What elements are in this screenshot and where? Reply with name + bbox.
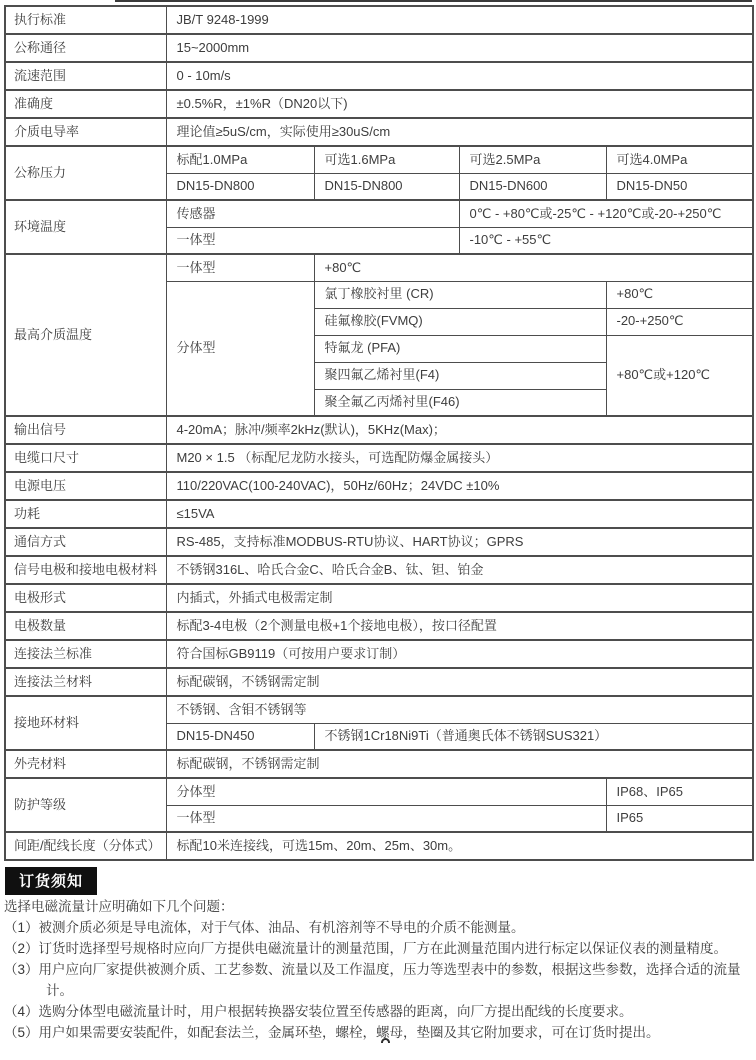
maxtemp-split-label: 分体型: [166, 281, 314, 416]
row-label-accuracy: 准确度: [5, 90, 166, 118]
row-label-ground-ring: 接地环材料: [5, 696, 166, 750]
row-value-conductivity: 理论值≥5uS/cm，实际使用≥30uS/cm: [166, 118, 753, 146]
row-label-flange-std: 连接法兰标准: [5, 640, 166, 668]
protection-integrated-label: 一体型: [166, 805, 606, 832]
pressure-option-4: 可选4.0MPa: [606, 146, 753, 173]
lining-f46: 聚全氟乙丙烯衬里(F46): [314, 389, 606, 416]
row-label-cable: 电缆口尺寸: [5, 444, 166, 472]
row-label-electrode-count: 电极数量: [5, 612, 166, 640]
pressure-range-3: DN15-DN600: [459, 173, 606, 200]
ground-ring-range: DN15-DN450: [166, 723, 314, 750]
table-row: 电极形式 内插式，外插式电极需定制: [5, 584, 753, 612]
row-value-standard: JB/T 9248-1999: [166, 6, 753, 34]
row-label-protection: 防护等级: [5, 778, 166, 832]
protection-integrated-value: IP65: [606, 805, 753, 832]
row-label-power: 电源电压: [5, 472, 166, 500]
table-row: 电缆口尺寸 M20 × 1.5 （标配尼龙防水接头，可选配防爆金属接头）: [5, 444, 753, 472]
table-row: 执行标准 JB/T 9248-1999: [5, 6, 753, 34]
table-row: 信号电极和接地电极材料 不锈钢316L、哈氏合金C、哈氏合金B、钛、钽、铂金: [5, 556, 753, 584]
row-label-electrode-material: 信号电极和接地电极材料: [5, 556, 166, 584]
pressure-option-2: 可选1.6MPa: [314, 146, 459, 173]
maxtemp-integrated-label: 一体型: [166, 254, 314, 281]
spec-sheet-page: 执行标准 JB/T 9248-1999 公称通径 15~2000mm 流速范围 …: [0, 0, 756, 1060]
lining-cr-temp: +80℃: [606, 281, 753, 308]
order-notice-item-2: （2）订货时选择型号规格时应向厂方提供电磁流量计的测量范围，厂方在此测量范围内进…: [4, 938, 754, 959]
ambient-integrated-label: 一体型: [166, 227, 459, 254]
row-label-housing: 外壳材料: [5, 750, 166, 778]
row-value-flange-std: 符合国标GB9119（可按用户要求订制）: [166, 640, 753, 668]
row-value-consumption: ≤15VA: [166, 500, 753, 528]
top-edge-line: [115, 0, 752, 2]
order-notice-item-4: （4）选购分体型电磁流量计时，用户根据转换器安装位置至传感器的距离，向厂方提出配…: [4, 1001, 754, 1022]
table-row: 间距/配线长度（分体式） 标配10米连接线，可选15m、20m、25m、30m。: [5, 832, 753, 860]
row-label-pressure: 公称压力: [5, 146, 166, 200]
table-row: 连接法兰标准 符合国标GB9119（可按用户要求订制）: [5, 640, 753, 668]
order-notice-item-3: （3）用户应向厂家提供被测介质、工艺参数、流量以及工作温度，压力等选型表中的参数…: [4, 959, 754, 1001]
row-value-power: 110/220VAC(100-240VAC)，50Hz/60Hz；24VDC ±…: [166, 472, 753, 500]
lining-ptfe-temp: +80℃或+120℃: [606, 335, 753, 416]
ambient-sensor-value: 0℃ - +80℃或-25℃ - +120℃或-20-+250℃: [459, 200, 753, 227]
table-row: 外壳材料 标配碳钢，不锈钢需定制: [5, 750, 753, 778]
ambient-integrated-value: -10℃ - +55℃: [459, 227, 753, 254]
row-value-spacing: 标配10米连接线，可选15m、20m、25m、30m。: [166, 832, 753, 860]
order-notice-item-5: （5）用户如果需要安装配件，如配套法兰，金属环垫，螺栓，螺母，垫圈及其它附加要求…: [4, 1022, 754, 1043]
table-row: 通信方式 RS-485，支持标准MODBUS-RTU协议、HART协议；GPRS: [5, 528, 753, 556]
order-notice-badge: 订货须知: [5, 867, 97, 895]
row-value-output: 4-20mA；脉冲/频率2kHz(默认)，5KHz(Max)；: [166, 416, 753, 444]
table-row: 连接法兰材料 标配碳钢，不锈钢需定制: [5, 668, 753, 696]
row-label-output: 输出信号: [5, 416, 166, 444]
lining-f4: 聚四氟乙烯衬里(F4): [314, 362, 606, 389]
row-label-standard: 执行标准: [5, 6, 166, 34]
row-value-diameter: 15~2000mm: [166, 34, 753, 62]
row-label-maxtemp: 最高介质温度: [5, 254, 166, 416]
pressure-range-1: DN15-DN800: [166, 173, 314, 200]
table-row: 流速范围 0 - 10m/s: [5, 62, 753, 90]
row-label-flange-mat: 连接法兰材料: [5, 668, 166, 696]
row-value-electrode-material: 不锈钢316L、哈氏合金C、哈氏合金B、钛、钽、铂金: [166, 556, 753, 584]
row-value-flange-mat: 标配碳钢，不锈钢需定制: [166, 668, 753, 696]
row-value-comm: RS-485，支持标准MODBUS-RTU协议、HART协议；GPRS: [166, 528, 753, 556]
row-value-housing: 标配碳钢，不锈钢需定制: [166, 750, 753, 778]
table-row: 电源电压 110/220VAC(100-240VAC)，50Hz/60Hz；24…: [5, 472, 753, 500]
row-value-cable: M20 × 1.5 （标配尼龙防水接头，可选配防爆金属接头）: [166, 444, 753, 472]
row-value-accuracy: ±0.5%R，±1%R（DN20以下): [166, 90, 753, 118]
row-label-comm: 通信方式: [5, 528, 166, 556]
table-row-ambient-sensor: 环境温度 传感器 0℃ - +80℃或-25℃ - +120℃或-20-+250…: [5, 200, 753, 227]
row-label-diameter: 公称通径: [5, 34, 166, 62]
lining-fvmq: 硅氟橡胶(FVMQ): [314, 308, 606, 335]
row-value-electrode-count: 标配3-4电极（2个测量电极+1个接地电极），按口径配置: [166, 612, 753, 640]
row-value-electrode-form: 内插式，外插式电极需定制: [166, 584, 753, 612]
table-row: 电极数量 标配3-4电极（2个测量电极+1个接地电极），按口径配置: [5, 612, 753, 640]
protection-split-value: IP68、IP65: [606, 778, 753, 805]
table-row-pressure-options: 公称压力 标配1.0MPa 可选1.6MPa 可选2.5MPa 可选4.0MPa: [5, 146, 753, 173]
row-label-electrode-form: 电极形式: [5, 584, 166, 612]
table-row: 介质电导率 理论值≥5uS/cm，实际使用≥30uS/cm: [5, 118, 753, 146]
row-label-spacing: 间距/配线长度（分体式）: [5, 832, 166, 860]
table-row: 输出信号 4-20mA；脉冲/频率2kHz(默认)，5KHz(Max)；: [5, 416, 753, 444]
table-row-maxtemp-integrated: 最高介质温度 一体型 +80℃: [5, 254, 753, 281]
row-value-velocity: 0 - 10m/s: [166, 62, 753, 90]
pressure-option-1: 标配1.0MPa: [166, 146, 314, 173]
pressure-range-2: DN15-DN800: [314, 173, 459, 200]
row-label-velocity: 流速范围: [5, 62, 166, 90]
table-row-ground-ring-1: 接地环材料 不锈钢、含钼不锈钢等: [5, 696, 753, 723]
order-notice-intro: 选择电磁流量计应明确如下几个问题：: [4, 896, 754, 917]
lining-fvmq-temp: -20-+250℃: [606, 308, 753, 335]
specification-table: 执行标准 JB/T 9248-1999 公称通径 15~2000mm 流速范围 …: [4, 5, 754, 861]
table-row-protection-split: 防护等级 分体型 IP68、IP65: [5, 778, 753, 805]
order-notice-text: 选择电磁流量计应明确如下几个问题： （1）被测介质必须是导电流体，对于气体、油品…: [4, 896, 754, 1043]
page-number-artifact: [381, 1038, 390, 1043]
lining-pfa: 特氟龙 (PFA): [314, 335, 606, 362]
pressure-range-4: DN15-DN50: [606, 173, 753, 200]
row-label-conductivity: 介质电导率: [5, 118, 166, 146]
ground-ring-value-1: 不锈钢、含钼不锈钢等: [166, 696, 753, 723]
protection-split-label: 分体型: [166, 778, 606, 805]
row-label-ambient: 环境温度: [5, 200, 166, 254]
table-row: 准确度 ±0.5%R，±1%R（DN20以下): [5, 90, 753, 118]
table-row: 公称通径 15~2000mm: [5, 34, 753, 62]
lining-cr: 氯丁橡胶衬里 (CR): [314, 281, 606, 308]
order-notice-item-1: （1）被测介质必须是导电流体，对于气体、油品、有机溶剂等不导电的介质不能测量。: [4, 917, 754, 938]
ground-ring-value-2: 不锈钢1Cr18Ni9Ti（普通奥氏体不锈钢SUS321）: [314, 723, 753, 750]
table-row: 功耗 ≤15VA: [5, 500, 753, 528]
pressure-option-3: 可选2.5MPa: [459, 146, 606, 173]
maxtemp-integrated-value: +80℃: [314, 254, 753, 281]
row-label-consumption: 功耗: [5, 500, 166, 528]
ambient-sensor-label: 传感器: [166, 200, 459, 227]
